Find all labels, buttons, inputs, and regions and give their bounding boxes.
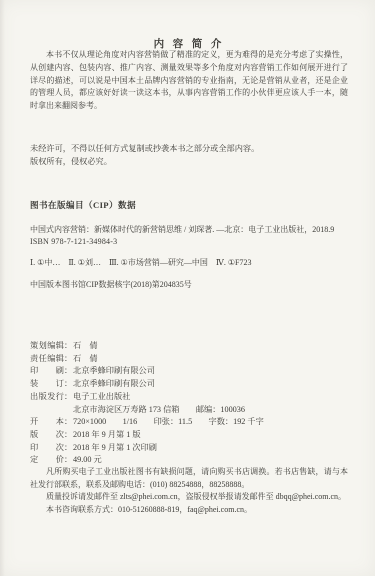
pub-value: 2018 年 9 月第 1 版 [73,429,348,442]
isbn-line: ISBN 978-7-121-34984-3 [30,237,348,246]
pub-value: 2018 年 9 月第 1 次印刷 [73,442,348,455]
pub-value: 石 倩 [73,353,348,366]
pub-separator: ： [64,353,73,366]
pub-label [30,404,64,417]
pub-separator: ： [64,416,73,429]
publication-row: 责任编辑：石 倩 [30,353,348,366]
publication-row: 印次：2018 年 9 月第 1 次印刷 [30,442,348,455]
cip-entry-line: 中国式内容营销：新媒体时代的新营销思维 / 刘琛著. —北京：电子工业出版社，2… [30,224,348,235]
pub-separator: ： [64,365,73,378]
pub-label: 印次 [30,442,64,455]
pub-value: 石 倩 [73,340,348,353]
publication-row: 装订：北京季蜂印刷有限公司 [30,378,348,391]
pub-value: 720×1000 1/16 印张：11.5 字数：192 千字 [73,416,348,429]
pub-label: 装订 [30,378,64,391]
publication-info-block: 策划编辑：石 倩 责任编辑：石 倩 印刷：北京季蜂印刷有限公司 装订：北京季蜂印… [30,340,348,467]
pub-label: 版次 [30,429,64,442]
book-copyright-page: 内 容 简 介 本书不仅从理论角度对内容营销做了精准的定义，更为难得的是充分考虑… [0,0,375,576]
publication-row: 印刷：北京季蜂印刷有限公司 [30,365,348,378]
pub-value: 北京市海淀区万寿路 173 信箱 邮编：100036 [73,404,348,417]
copyright-notice-line: 版权所有，侵权必究。 [30,155,348,168]
publication-row: 版次：2018 年 9 月第 1 版 [30,429,348,442]
pub-label: 开本 [30,416,64,429]
pub-separator: ： [64,442,73,455]
cip-heading: 图书在版编目（CIP）数据 [30,199,348,211]
cip-registration-line: 中国版本图书馆CIP数据核字(2018)第204835号 [30,279,348,290]
pub-value: 电子工业出版社 [73,391,348,404]
pub-label: 出版发行 [30,391,64,404]
pub-value: 北京季蜂印刷有限公司 [73,365,348,378]
pub-label: 责任编辑 [30,353,64,366]
copyright-notice: 未经许可，不得以任何方式复制或抄袭本书之部分或全部内容。 版权所有，侵权必究。 [30,142,348,168]
publication-row: 开本：720×1000 1/16 印张：11.5 字数：192 千字 [30,416,348,429]
note-paragraph: 凡所购买电子工业出版社图书有缺损问题，请向购买书店调换。若书店售缺，请与本社发行… [30,466,348,491]
publication-row: 北京市海淀区万寿路 173 信箱 邮编：100036 [30,404,348,417]
pub-label: 印刷 [30,365,64,378]
note-paragraph: 质量投诉请发邮件至 zlts@phei.com.cn，盗版侵权举报请发邮件至 d… [30,491,348,504]
copyright-notice-line: 未经许可，不得以任何方式复制或抄袭本书之部分或全部内容。 [30,142,348,155]
publication-row: 策划编辑：石 倩 [30,340,348,353]
service-notes-block: 凡所购买电子工业出版社图书有缺损问题，请向购买书店调换。若书店售缺，请与本社发行… [30,466,348,517]
publication-row: 出版发行：电子工业出版社 [30,391,348,404]
intro-paragraph: 本书不仅从理论角度对内容营销做了精准的定义，更为难得的是充分考虑了实操性，从创建… [30,49,348,113]
pub-separator: ： [64,391,73,404]
pub-separator [64,404,73,417]
pub-separator: ： [64,340,73,353]
note-paragraph: 本书咨询联系方式：010-51260888-819，faq@phei.com.c… [30,504,348,517]
classification-line: Ⅰ. ①中… Ⅱ. ①刘… Ⅲ. ①市场营销—研究—中国 Ⅳ. ①F723 [30,257,348,268]
pub-separator: ： [64,378,73,391]
pub-value: 北京季蜂印刷有限公司 [73,378,348,391]
pub-separator: ： [64,429,73,442]
pub-label: 策划编辑 [30,340,64,353]
